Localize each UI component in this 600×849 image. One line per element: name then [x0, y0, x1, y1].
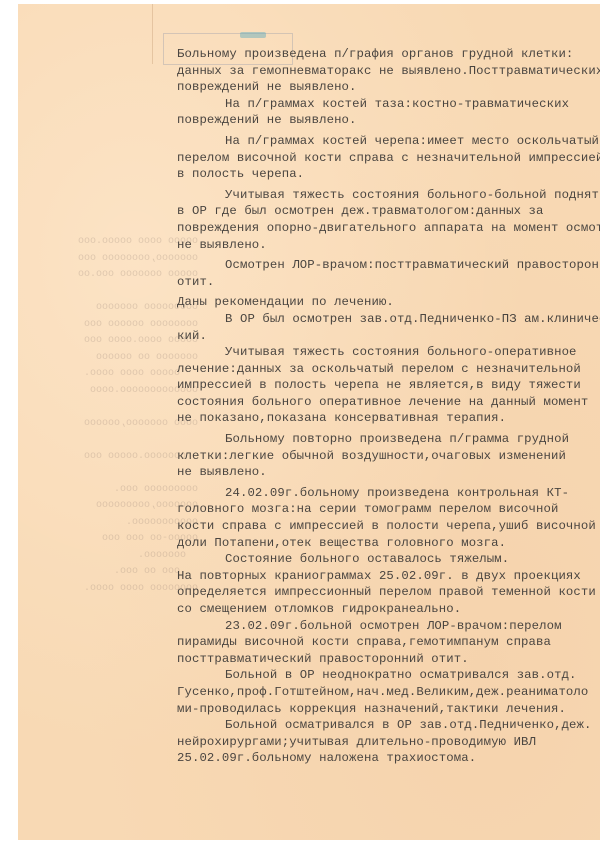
text-line: отит.: [177, 274, 600, 291]
text-line: головного мозга:на серии томограмм перел…: [177, 501, 600, 518]
text-line: клетки:легкие обычной воздушности,очагов…: [177, 448, 600, 465]
text-line: импрессией в полость черепа не является,…: [177, 377, 600, 394]
text-line: 24.02.09г.больному произведена контрольн…: [177, 485, 600, 502]
text-line: Больной в ОР неоднократно осматривался з…: [177, 667, 600, 684]
text-line: определяется импрессионный перелом право…: [177, 584, 600, 601]
text-line: кости справа с импрессией в полости чере…: [177, 518, 600, 535]
text-line: Учитывая тяжесть состояния больного-боль…: [177, 187, 600, 204]
paragraph: 24.02.09г.больному произведена контрольн…: [177, 485, 600, 551]
text-line: нейрохирургами;учитывая длительно-провод…: [177, 734, 600, 751]
paragraph: 23.02.09г.больной осмотрен ЛОР-врачом:пе…: [177, 618, 600, 668]
text-line: ми-проводилась коррекция назначений,такт…: [177, 701, 600, 718]
text-line: На п/граммах костей черепа:имеет место о…: [177, 133, 600, 150]
text-line: кий.: [177, 328, 600, 345]
paper-crease: [152, 4, 153, 64]
paragraph: Даны рекомендации по лечению.: [177, 294, 600, 311]
paragraph: Состояние больного оставалось тяжелым.: [177, 551, 600, 568]
text-line: Состояние больного оставалось тяжелым.: [177, 551, 600, 568]
typed-body-text: Больному произведена п/графия органов гр…: [177, 46, 600, 771]
text-line: посттравматический правосторонний отит.: [177, 651, 600, 668]
text-line: На повторных краниограммах 25.02.09г. в …: [177, 568, 600, 585]
text-line: Гусенко,проф.Готштейном,нач.мед.Великим,…: [177, 684, 600, 701]
text-line: не выявлено.: [177, 237, 600, 254]
text-line: 25.02.09г.больному наложена трахиостома.: [177, 750, 600, 767]
text-line: Больному повторно произведена п/грамма г…: [177, 431, 600, 448]
paragraph: На п/граммах костей черепа:имеет место о…: [177, 133, 600, 183]
text-line: в полость черепа.: [177, 166, 600, 183]
text-line: повреждений не выявлено.: [177, 79, 600, 96]
text-line: со смещением отломков гидрокранеально.: [177, 601, 600, 618]
text-line: Осмотрен ЛОР-врачом:посттравматический п…: [177, 257, 600, 274]
text-line: перелом височной кости справа с незначит…: [177, 150, 600, 167]
text-line: повреждений не выявлено.: [177, 112, 600, 129]
text-line: состояния больного оперативное лечение н…: [177, 394, 600, 411]
paragraph: Больной в ОР неоднократно осматривался з…: [177, 667, 600, 717]
paragraph: В ОР был осмотрен зав.отд.Педниченко-ПЗ …: [177, 311, 600, 344]
paragraph: Учитывая тяжесть состояния больного-опер…: [177, 344, 600, 427]
text-line: В ОР был осмотрен зав.отд.Педниченко-ПЗ …: [177, 311, 600, 328]
paragraph: Больной осматривался в ОР зав.отд.Педнич…: [177, 717, 600, 767]
text-line: Даны рекомендации по лечению.: [177, 294, 600, 311]
paragraph: Больному повторно произведена п/грамма г…: [177, 431, 600, 481]
reverse-side-showthrough: ооооо оооо ооооо.оооооооооо,оооооооо ооо…: [48, 234, 198, 597]
text-line: лечение:данных за оскольчатый перелом с …: [177, 361, 600, 378]
stamp-ink-mark: [240, 32, 266, 38]
paragraph: Больному произведена п/графия органов гр…: [177, 46, 600, 96]
paragraph: Учитывая тяжесть состояния больного-боль…: [177, 187, 600, 253]
text-line: не выявлено.: [177, 464, 600, 481]
text-line: пирамиды височной кости справа,гемотимпа…: [177, 634, 600, 651]
text-line: данных за гемопневматоракс не выявлено.П…: [177, 63, 600, 80]
text-line: На п/граммах костей таза:костно-травмати…: [177, 96, 600, 113]
text-line: повреждения опорно-двигательного аппарат…: [177, 220, 600, 237]
text-line: Учитывая тяжесть состояния больного-опер…: [177, 344, 600, 361]
text-line: 23.02.09г.больной осмотрен ЛОР-врачом:пе…: [177, 618, 600, 635]
paragraph: Осмотрен ЛОР-врачом:посттравматический п…: [177, 257, 600, 290]
paragraph: На п/граммах костей таза:костно-травмати…: [177, 96, 600, 129]
text-line: не показано,показана консервативная тера…: [177, 410, 600, 427]
text-line: в ОР где был осмотрен деж.травматологом:…: [177, 203, 600, 220]
text-line: Больной осматривался в ОР зав.отд.Педнич…: [177, 717, 600, 734]
text-line: Больному произведена п/графия органов гр…: [177, 46, 600, 63]
paragraph: На повторных краниограммах 25.02.09г. в …: [177, 568, 600, 618]
text-line: доли Потапени,отек вещества головного мо…: [177, 535, 600, 552]
